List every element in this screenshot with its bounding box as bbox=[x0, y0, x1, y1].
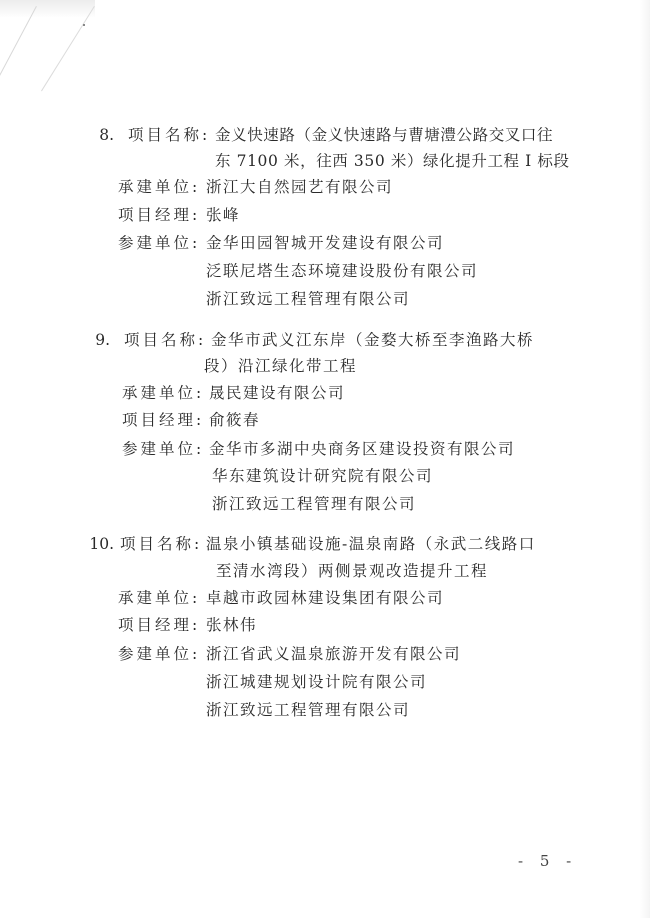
project-number: 8. bbox=[80, 122, 114, 148]
project-name-line-2: 东 7100 米，往西 350 米）绿化提升工程 I 标段 bbox=[215, 148, 570, 174]
scan-fold-shadow bbox=[0, 0, 95, 18]
participant-2: 华东建筑设计研究院有限公司 bbox=[212, 463, 433, 489]
project-name-label: 项目名称: bbox=[120, 531, 202, 557]
manager-label: 项目经理: bbox=[118, 202, 200, 228]
participant-1: 金华田园智城开发建设有限公司 bbox=[206, 230, 444, 256]
manager-label: 项目经理: bbox=[118, 612, 200, 638]
participant-1: 浙江省武义温泉旅游开发有限公司 bbox=[206, 641, 461, 667]
manager-value: 张林伟 bbox=[206, 612, 257, 638]
project-number: 9. bbox=[76, 327, 110, 353]
project-name-line-2: 段）沿江绿化带工程 bbox=[204, 353, 357, 379]
contractor-value: 卓越市政园林建设集团有限公司 bbox=[206, 585, 444, 611]
participants-label: 参建单位: bbox=[122, 436, 204, 462]
scan-fold-line bbox=[41, 6, 95, 91]
manager-value: 俞筱春 bbox=[209, 407, 260, 433]
participant-1: 金华市多湖中央商务区建设投资有限公司 bbox=[209, 436, 515, 462]
scan-fold-line bbox=[0, 6, 37, 95]
manager-label: 项目经理: bbox=[122, 407, 204, 433]
contractor-label: 承建单位: bbox=[118, 174, 200, 200]
participants-label: 参建单位: bbox=[118, 641, 200, 667]
contractor-label: 承建单位: bbox=[122, 380, 204, 406]
scan-speck bbox=[83, 24, 85, 26]
project-name-line-1: 金义快速路（金义快速路与曹塘澧公路交叉口往 bbox=[215, 122, 553, 148]
participant-3: 浙江致远工程管理有限公司 bbox=[212, 491, 416, 517]
participants-label: 参建单位: bbox=[118, 230, 200, 256]
participant-2: 浙江城建规划设计院有限公司 bbox=[206, 669, 427, 695]
page-number: - 5 - bbox=[518, 852, 577, 870]
contractor-label: 承建单位: bbox=[118, 585, 200, 611]
contractor-value: 浙江大自然园艺有限公司 bbox=[206, 174, 393, 200]
project-name-label: 项目名称: bbox=[124, 327, 206, 353]
project-name-line-1: 温泉小镇基础设施-温泉南路（永武二线路口 bbox=[206, 531, 536, 557]
project-name-line-2: 至清水湾段）两侧景观改造提升工程 bbox=[216, 558, 488, 584]
participant-3: 浙江致远工程管理有限公司 bbox=[206, 697, 410, 723]
project-name-label: 项目名称: bbox=[128, 122, 210, 148]
contractor-value: 晟民建设有限公司 bbox=[209, 380, 345, 406]
project-number: 10. bbox=[72, 531, 114, 557]
participant-2: 泛联尼塔生态环境建设股份有限公司 bbox=[206, 258, 478, 284]
scan-edge-shadow bbox=[640, 0, 650, 918]
participant-3: 浙江致远工程管理有限公司 bbox=[206, 286, 410, 312]
manager-value: 张峰 bbox=[206, 202, 240, 228]
project-name-line-1: 金华市武义江东岸（金婺大桥至李渔路大桥 bbox=[211, 327, 534, 353]
